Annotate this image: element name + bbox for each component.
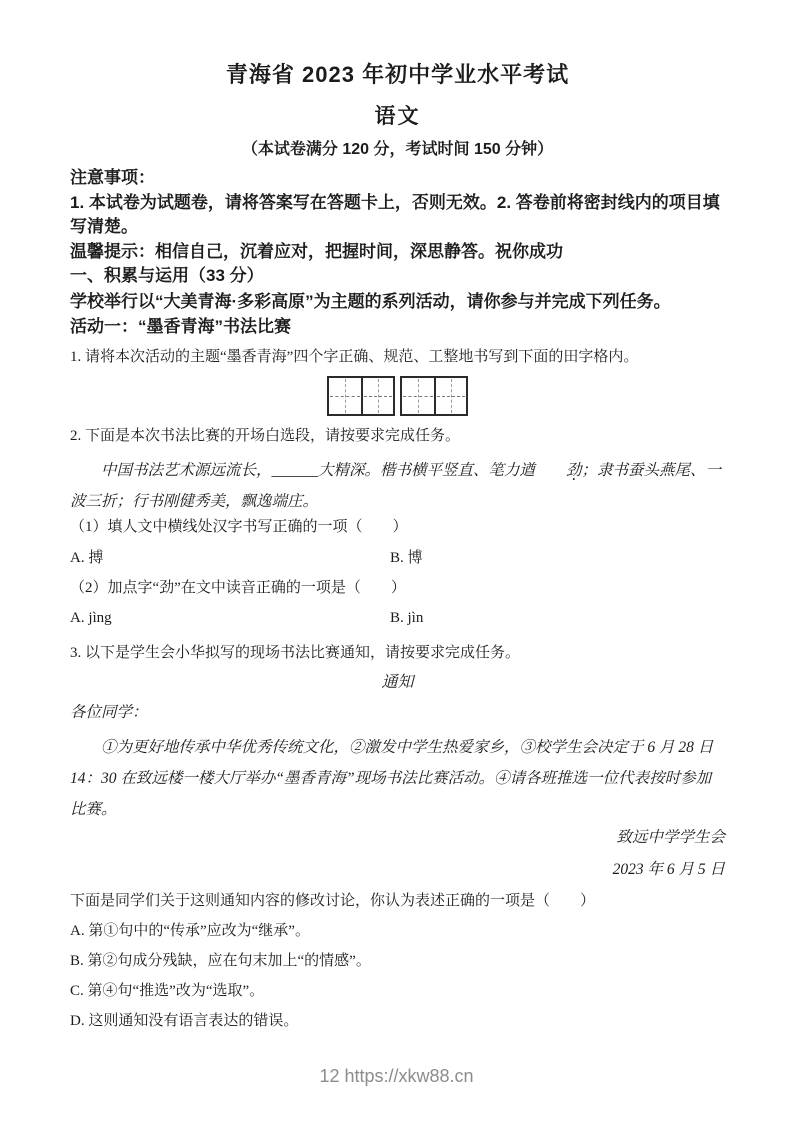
option-b: B. jìn — [390, 608, 423, 629]
question-2-1-stem: （1）填人文中横线处汉字书写正确的一项（ ） — [70, 517, 725, 538]
tianzige-cell — [434, 378, 466, 414]
choice-a: A. 第①句中的“传承”应改为“继承”。 — [70, 921, 725, 942]
question-1: 1. 请将本次活动的主题“墨香青海”四个字正确、规范、工整地书写到下面的田字格内… — [70, 347, 725, 368]
notice-date: 2023 年 6 月 5 日 — [70, 859, 725, 880]
footer-url: https://xkw88.cn — [344, 1066, 473, 1086]
tianzige-writing-grid — [70, 376, 725, 416]
notice-salutation: 各位同学： — [70, 702, 725, 723]
question-2-1-options: A. 搏 B. 博 — [70, 548, 725, 569]
question-2: 2. 下面是本次书法比赛的开场白选段，请按要求完成任务。 — [70, 426, 725, 447]
question-2-2-options: A. jìng B. jìn — [70, 608, 725, 629]
option-a: A. jìng — [70, 610, 112, 626]
choice-c: C. 第④句“推选”改为“选取”。 — [70, 981, 725, 1002]
tianzige-cell — [402, 378, 434, 414]
notices-items: 1. 本试卷为试题卷，请将答案写在答题卡上，否则无效。2. 答卷前将密封线内的项… — [70, 191, 725, 240]
passage-text-before: 中国书法艺术源远流长，______大精深。楷书横平竖直、笔力遒 — [101, 462, 535, 479]
section-intro-block: 学校举行以“大美青海·多彩高原”为主题的系列活动，请你参与并完成下列任务。 活动… — [70, 289, 725, 340]
notice-body: ①为更好地传承中华优秀传统文化，②激发中学生热爱家乡，③校学生会决定于 6 月 … — [70, 732, 725, 825]
option-b: B. 博 — [390, 548, 423, 569]
exam-subject: 语文 — [70, 104, 725, 130]
emphasized-char: 劲 — [535, 455, 582, 486]
page-number: 12 — [319, 1066, 339, 1086]
exam-meta-info: （本试卷满分 120 分，考试时间 150 分钟） — [70, 139, 725, 161]
option-a: A. 搏 — [70, 550, 103, 566]
question-2-2-stem: （2）加点字“劲”在文中读音正确的一项是（ ） — [70, 578, 725, 599]
tianzige-group-1 — [327, 376, 395, 416]
notice-signer: 致远中学学生会 — [70, 827, 725, 848]
tianzige-cell — [361, 378, 393, 414]
section-intro: 学校举行以“大美青海·多彩高原”为主题的系列活动，请你参与并完成下列任务。 — [70, 289, 725, 315]
notice-letter-title: 通知 — [70, 672, 725, 693]
exam-paper-page: 青海省 2023 年初中学业水平考试 语文 （本试卷满分 120 分，考试时间 … — [0, 0, 793, 1122]
tianzige-group-2 — [400, 376, 468, 416]
exam-notices: 注意事项： 1. 本试卷为试题卷，请将答案写在答题卡上，否则无效。2. 答卷前将… — [70, 166, 725, 289]
notices-heading: 注意事项： — [70, 166, 725, 191]
section-one-heading: 一、积累与运用（33 分） — [70, 264, 725, 289]
choice-b: B. 第②句成分残缺，应在句末加上“的情感”。 — [70, 951, 725, 972]
page-footer: 12 https://xkw88.cn — [0, 1066, 793, 1087]
question-3-stem: 下面是同学们关于这则通知内容的修改讨论，你认为表述正确的一项是（ ） — [70, 891, 725, 912]
notices-tip: 温馨提示：相信自己，沉着应对，把握时间，深思静答。祝你成功 — [70, 240, 725, 265]
activity-one-heading: 活动一：“墨香青海”书法比赛 — [70, 314, 725, 340]
question-2-passage: 中国书法艺术源远流长，______大精深。楷书横平竖直、笔力遒劲；隶书蚕头燕尾、… — [70, 455, 725, 517]
tianzige-cell — [329, 378, 361, 414]
question-3: 3. 以下是学生会小华拟写的现场书法比赛通知，请按要求完成任务。 — [70, 643, 725, 664]
choice-d: D. 这则通知没有语言表达的错误。 — [70, 1011, 725, 1032]
exam-title: 青海省 2023 年初中学业水平考试 — [70, 62, 725, 88]
